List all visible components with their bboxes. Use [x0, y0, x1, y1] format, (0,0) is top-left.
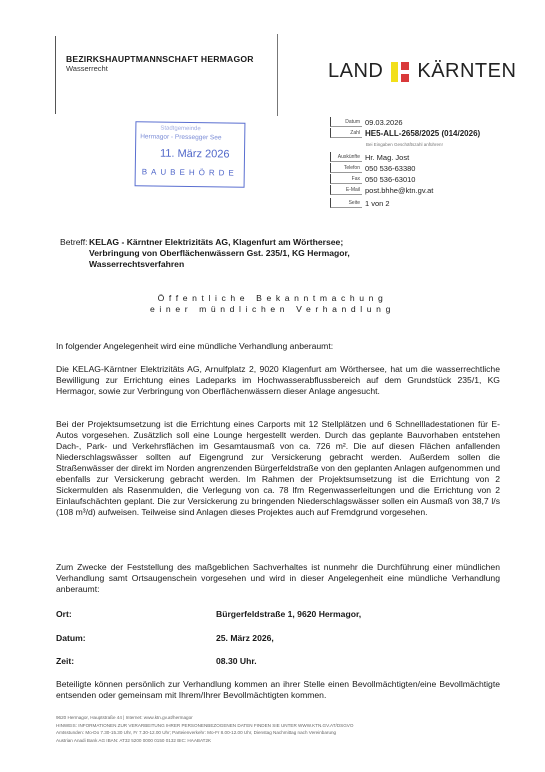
page-count: 1 von 2: [365, 199, 390, 208]
subject-line: Verbringung von Oberflächenwässern Gst. …: [89, 248, 350, 259]
reference-note: Bei Eingaben Geschäftszahl anführen!: [366, 142, 443, 147]
project-paragraph: Bei der Projektsumsetzung ist die Errich…: [56, 419, 500, 518]
document-title: Öffentliche Bekanntmachung einer mündlic…: [0, 293, 545, 315]
footer: 9620 Hermagor, Hauptstraße 44 | Internet…: [56, 714, 496, 744]
contact-person: Hr. Mag. Jost: [365, 153, 409, 162]
logo-text-left: LAND: [328, 60, 383, 83]
coat-of-arms-icon: [391, 62, 409, 82]
meta-contact-row: Auskünfte Hr. Mag. Jost: [330, 152, 409, 162]
meta-fax-row: Fax 050 536-63010: [330, 174, 415, 184]
intro-paragraph: In folgender Angelegenheit wird eine mün…: [56, 341, 500, 352]
header-divider-left: [55, 36, 56, 114]
email-address[interactable]: post.bhhe@ktn.gv.at: [365, 186, 433, 195]
reference-number: HE5-ALL-2658/2025 (014/2026): [365, 129, 480, 138]
stamp-line2: Hermagor - Pressegger See: [140, 133, 221, 141]
participants-paragraph: Beteiligte können persönlich zur Verhand…: [56, 679, 500, 701]
meta-page-row: Seite 1 von 2: [330, 198, 390, 208]
stamp-dept: BAUBEHÖRDE: [142, 167, 238, 177]
document-date: 09.03.2026: [365, 118, 403, 127]
subject-line: KELAG - Kärntner Elektrizitäts AG, Klage…: [89, 237, 350, 248]
application-paragraph: Die KELAG-Kärntner Elektrizitäts AG, Arn…: [56, 364, 500, 397]
footer-bank: Austrian Anadi Bank AG IBAN: AT32 5200 0…: [56, 737, 496, 745]
subject-line: Wasserrechtsverfahren: [89, 259, 350, 270]
footer-office-hours: Amtsstunden: Mo-Do 7.30-15.30 Uhr, Fr 7.…: [56, 729, 496, 737]
header-divider-right: [277, 34, 278, 116]
meta-date-row: Datum 09.03.2026: [330, 117, 403, 127]
phone-number: 050 536-63380: [365, 164, 415, 173]
org-name: BEZIRKSHAUPTMANNSCHAFT HERMAGOR: [66, 54, 254, 64]
meta-email-row: E-Mail post.bhhe@ktn.gv.at: [330, 185, 433, 195]
hearing-paragraph: Zum Zwecke der Feststellung des maßgebli…: [56, 562, 500, 595]
meta-reference-row: Zahl HE5-ALL-2658/2025 (014/2026): [330, 128, 480, 138]
logo-text-right: KÄRNTEN: [417, 60, 516, 83]
fax-number: 050 536-63010: [365, 175, 415, 184]
footer-privacy-note: HINWEIS: INFORMATIONEN ZUR VERARBEITUNG …: [56, 722, 496, 730]
land-kaernten-logo: LAND KÄRNTEN: [328, 60, 516, 83]
meta-phone-row: Telefon 050 536-63380: [330, 163, 415, 173]
subject-label: Betreff:: [60, 237, 88, 247]
org-department: Wasserrecht: [66, 64, 108, 73]
stamp-date: 11. März 2026: [160, 148, 230, 161]
stamp-line1: Stadtgemeinde: [160, 126, 200, 133]
footer-address: 9620 Hermagor, Hauptstraße 44 | Internet…: [56, 714, 496, 722]
received-stamp: Stadtgemeinde Hermagor - Pressegger See …: [135, 121, 246, 188]
